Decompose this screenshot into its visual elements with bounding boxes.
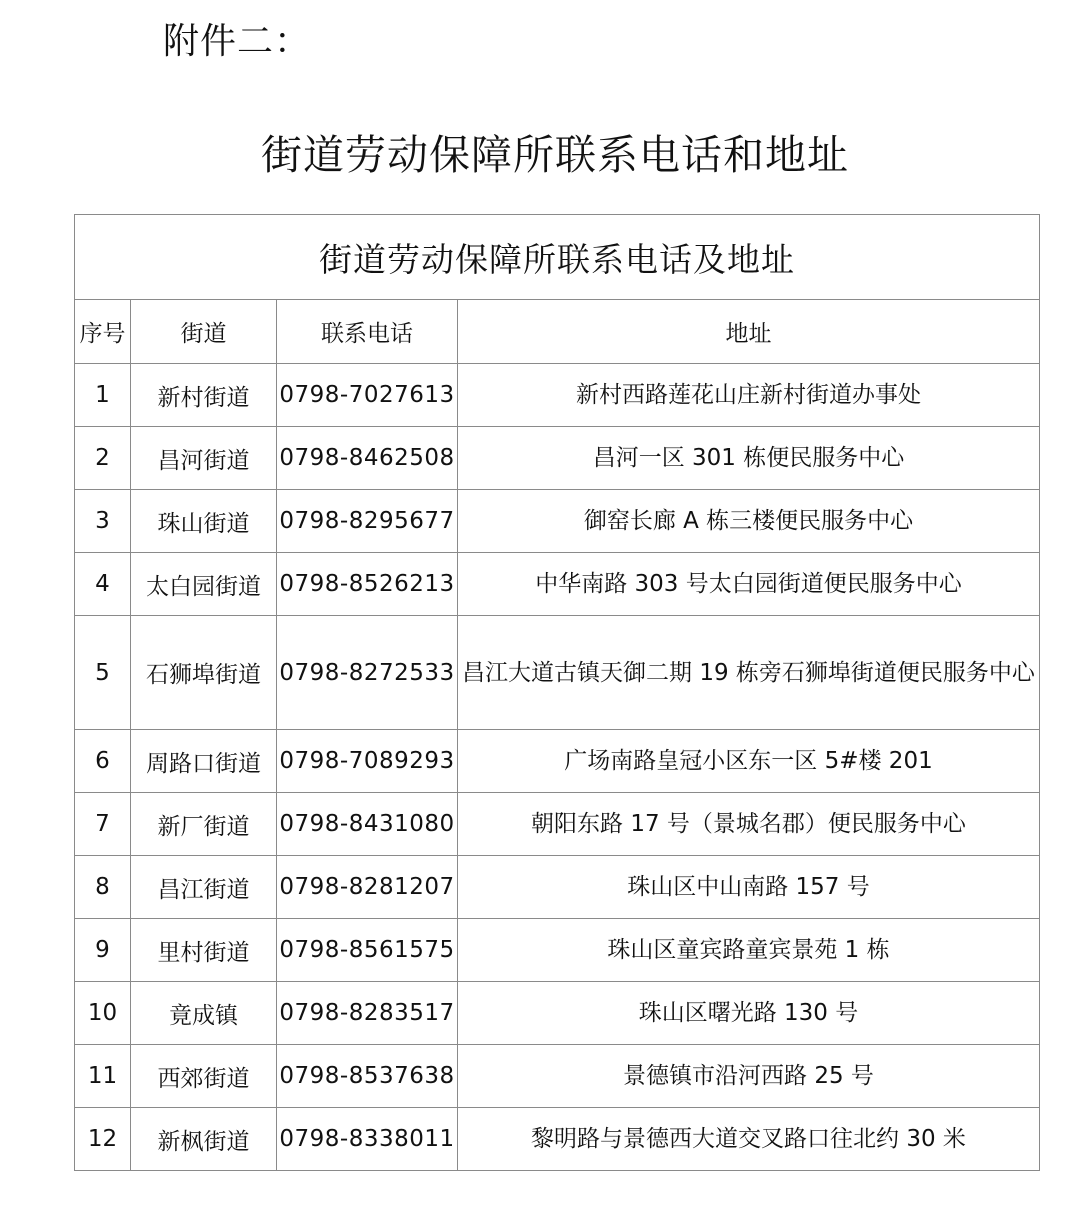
cell-index: 12 — [75, 1108, 131, 1171]
table-header-row: 序号 街道 联系电话 地址 — [75, 300, 1040, 364]
table-row: 9里村街道0798-8561575珠山区童宾路童宾景苑 1 栋 — [75, 919, 1040, 982]
cell-index: 2 — [75, 427, 131, 490]
cell-street: 竟成镇 — [131, 982, 277, 1045]
cell-address: 广场南路皇冠小区东一区 5#楼 201 — [458, 730, 1040, 793]
cell-phone: 0798-8281207 — [277, 856, 458, 919]
cell-address: 朝阳东路 17 号（景城名郡）便民服务中心 — [458, 793, 1040, 856]
cell-index: 9 — [75, 919, 131, 982]
header-index: 序号 — [75, 300, 131, 364]
cell-index: 3 — [75, 490, 131, 553]
document-title: 街道劳动保障所联系电话和地址 — [0, 125, 1080, 185]
cell-street: 昌河街道 — [131, 427, 277, 490]
table-row: 7新厂街道0798-8431080朝阳东路 17 号（景城名郡）便民服务中心 — [75, 793, 1040, 856]
table-row: 11西郊街道0798-8537638景德镇市沿河西路 25 号 — [75, 1045, 1040, 1108]
table-row: 8昌江街道0798-8281207珠山区中山南路 157 号 — [75, 856, 1040, 919]
cell-address: 珠山区曙光路 130 号 — [458, 982, 1040, 1045]
cell-index: 11 — [75, 1045, 131, 1108]
cell-address: 珠山区中山南路 157 号 — [458, 856, 1040, 919]
cell-street: 石狮埠街道 — [131, 616, 277, 730]
table-row: 2昌河街道0798-8462508昌河一区 301 栋便民服务中心 — [75, 427, 1040, 490]
header-address: 地址 — [458, 300, 1040, 364]
cell-phone: 0798-8338011 — [277, 1108, 458, 1171]
table-row: 1新村街道0798-7027613新村西路莲花山庄新村街道办事处 — [75, 364, 1040, 427]
cell-street: 周路口街道 — [131, 730, 277, 793]
cell-phone: 0798-8561575 — [277, 919, 458, 982]
cell-index: 6 — [75, 730, 131, 793]
cell-index: 4 — [75, 553, 131, 616]
cell-phone: 0798-8537638 — [277, 1045, 458, 1108]
header-street: 街道 — [131, 300, 277, 364]
contacts-table: 街道劳动保障所联系电话及地址 序号 街道 联系电话 地址 1新村街道0798-7… — [74, 214, 1040, 1171]
table-row: 3珠山街道0798-8295677御窑长廊 A 栋三楼便民服务中心 — [75, 490, 1040, 553]
cell-street: 昌江街道 — [131, 856, 277, 919]
table-caption-row: 街道劳动保障所联系电话及地址 — [75, 215, 1040, 300]
cell-index: 7 — [75, 793, 131, 856]
cell-phone: 0798-7027613 — [277, 364, 458, 427]
cell-street: 珠山街道 — [131, 490, 277, 553]
cell-phone: 0798-8295677 — [277, 490, 458, 553]
header-phone: 联系电话 — [277, 300, 458, 364]
cell-address: 昌江大道古镇天御二期 19 栋旁石狮埠街道便民服务中心 — [458, 616, 1040, 730]
cell-street: 太白园街道 — [131, 553, 277, 616]
table-row: 5石狮埠街道0798-8272533昌江大道古镇天御二期 19 栋旁石狮埠街道便… — [75, 616, 1040, 730]
cell-phone: 0798-8431080 — [277, 793, 458, 856]
cell-index: 8 — [75, 856, 131, 919]
cell-index: 5 — [75, 616, 131, 730]
attachment-label: 附件二： — [163, 14, 311, 70]
cell-address: 景德镇市沿河西路 25 号 — [458, 1045, 1040, 1108]
cell-address: 中华南路 303 号太白园街道便民服务中心 — [458, 553, 1040, 616]
cell-phone: 0798-8272533 — [277, 616, 458, 730]
table-row: 6周路口街道0798-7089293广场南路皇冠小区东一区 5#楼 201 — [75, 730, 1040, 793]
cell-phone: 0798-7089293 — [277, 730, 458, 793]
cell-address: 珠山区童宾路童宾景苑 1 栋 — [458, 919, 1040, 982]
cell-phone: 0798-8526213 — [277, 553, 458, 616]
cell-address: 黎明路与景德西大道交叉路口往北约 30 米 — [458, 1108, 1040, 1171]
cell-index: 10 — [75, 982, 131, 1045]
cell-street: 里村街道 — [131, 919, 277, 982]
cell-address: 御窑长廊 A 栋三楼便民服务中心 — [458, 490, 1040, 553]
table-row: 12新枫街道0798-8338011黎明路与景德西大道交叉路口往北约 30 米 — [75, 1108, 1040, 1171]
cell-index: 1 — [75, 364, 131, 427]
cell-phone: 0798-8462508 — [277, 427, 458, 490]
cell-street: 新厂街道 — [131, 793, 277, 856]
table-caption: 街道劳动保障所联系电话及地址 — [75, 215, 1040, 300]
cell-street: 新村街道 — [131, 364, 277, 427]
cell-street: 西郊街道 — [131, 1045, 277, 1108]
table-row: 10竟成镇0798-8283517珠山区曙光路 130 号 — [75, 982, 1040, 1045]
cell-phone: 0798-8283517 — [277, 982, 458, 1045]
table-row: 4太白园街道0798-8526213中华南路 303 号太白园街道便民服务中心 — [75, 553, 1040, 616]
cell-street: 新枫街道 — [131, 1108, 277, 1171]
cell-address: 昌河一区 301 栋便民服务中心 — [458, 427, 1040, 490]
cell-address: 新村西路莲花山庄新村街道办事处 — [458, 364, 1040, 427]
